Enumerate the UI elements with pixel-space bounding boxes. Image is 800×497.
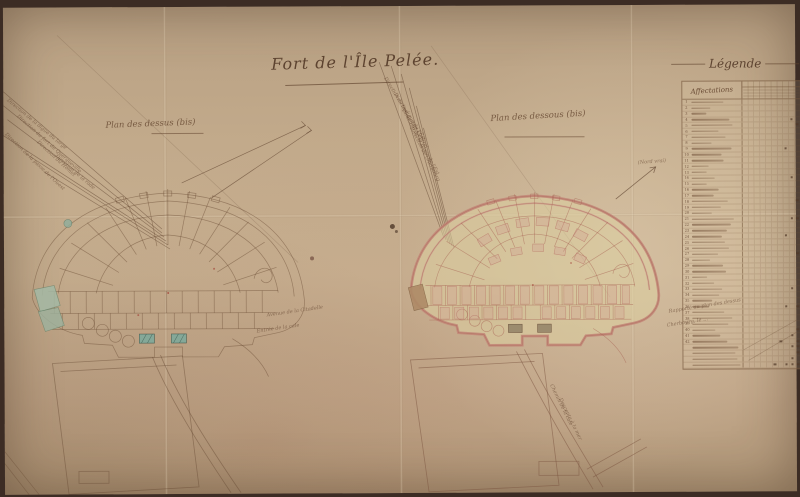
- scanned-plan-page: { "document": { "title": "Fort de l'Île …: [0, 0, 800, 497]
- legend-panel: Légende Affectations 1234567891011121314…: [667, 56, 800, 71]
- legend-rows: 1234567891011121314151617181920212223242…: [682, 99, 800, 368]
- legend-number-columns: [741, 81, 800, 98]
- legend-title: Légende: [667, 56, 800, 71]
- legend-row: [683, 362, 800, 368]
- right-fort-washes: [411, 195, 659, 345]
- legend-column-header: Affectations: [682, 80, 742, 100]
- left-fort-linework: [32, 188, 305, 377]
- right-fort-plan: [398, 177, 663, 365]
- plan-sheet: Fort de l'Île Pelée. Plan des dessus (bi…: [3, 4, 797, 494]
- legend-table-header: Affectations: [682, 81, 800, 100]
- legend-table: Affectations 123456789101112131415161718…: [681, 80, 800, 369]
- left-fort-plan: [18, 172, 309, 378]
- right-outworks: [410, 349, 647, 492]
